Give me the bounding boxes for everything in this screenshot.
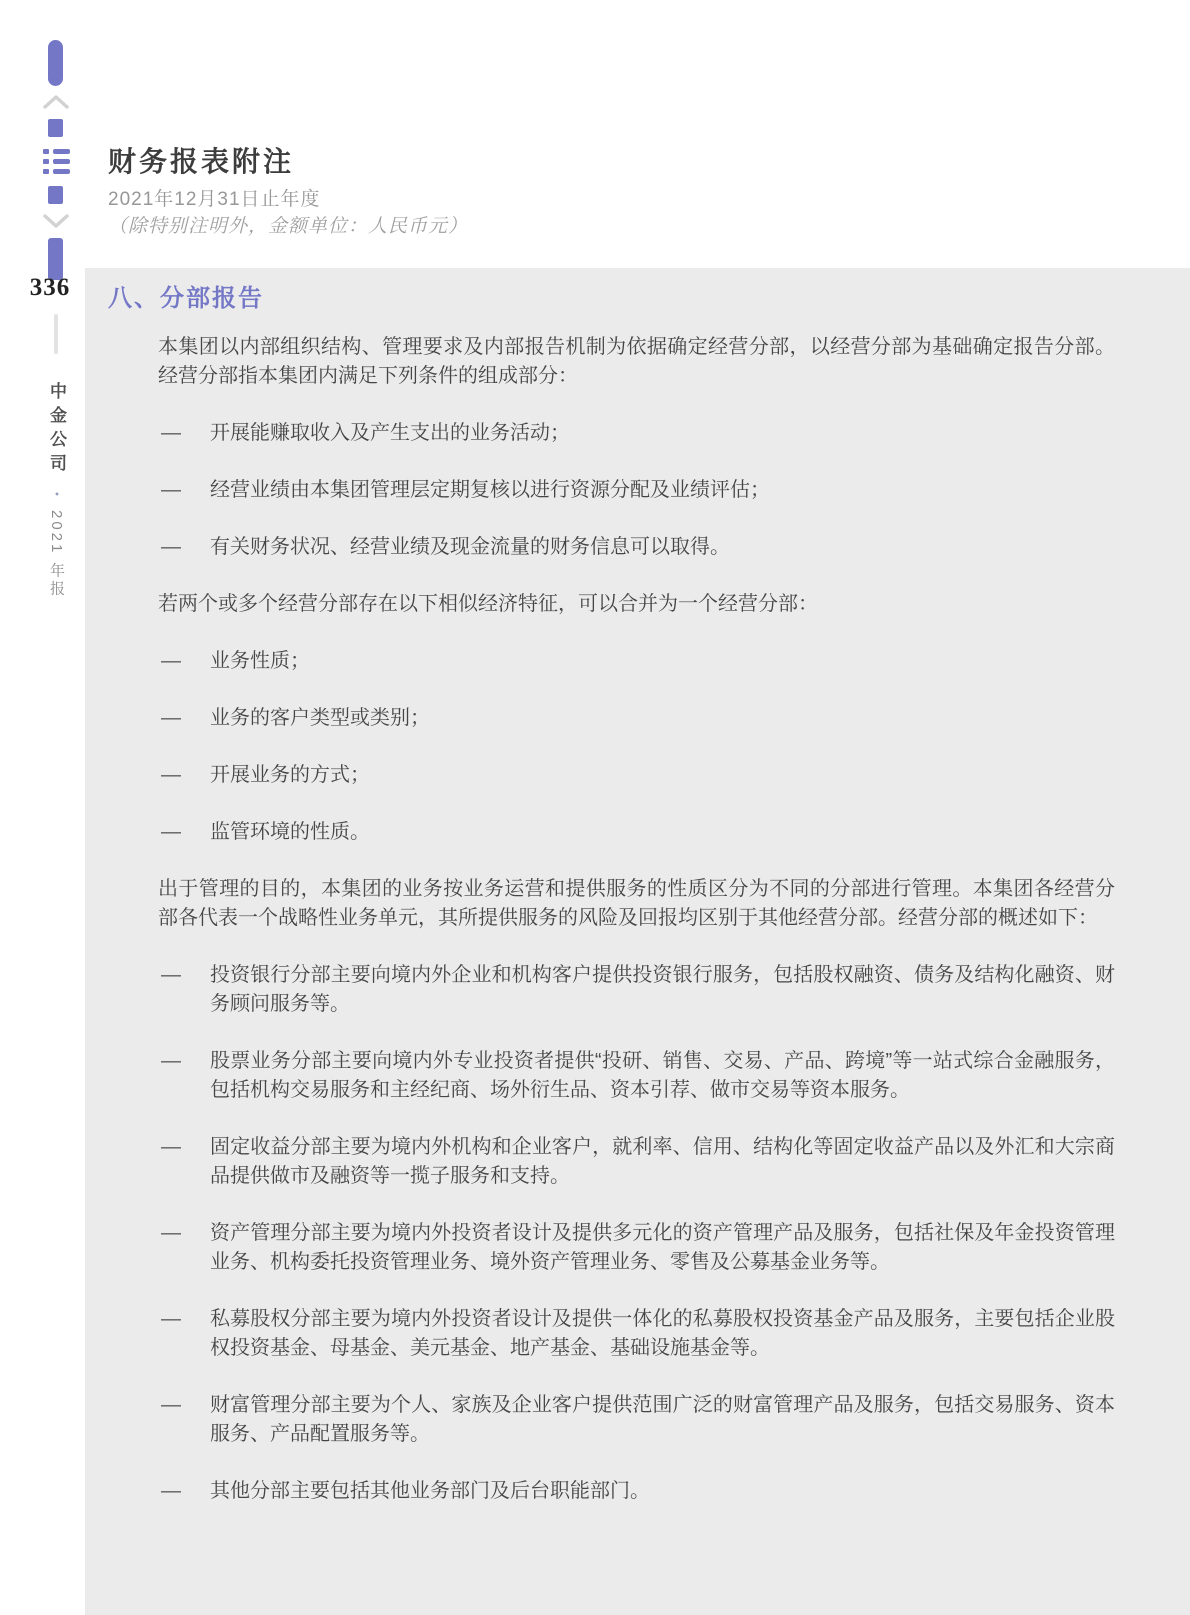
- bullet-marker: —: [161, 704, 181, 733]
- brand-name: 中金公司: [44, 382, 69, 478]
- bullet-item: — 股票业务分部主要向境内外专业投资者提供“投研、销售、交易、产品、跨境”等一站…: [158, 1047, 1115, 1105]
- bullet-item: — 业务的客户类型或类别；: [158, 704, 1115, 733]
- bullet-item: — 投资银行分部主要向境内外企业和机构客户提供投资银行服务，包括股权融资、债务及…: [158, 961, 1115, 1019]
- page-header: 财务报表附注 2021年12月31日止年度 （除特别注明外，金额单位：人民币元）: [108, 146, 468, 239]
- bullet-marker: —: [161, 1305, 181, 1334]
- bullet-text: 业务性质；: [210, 650, 310, 672]
- section-body: 本集团以内部组织结构、管理要求及内部报告机制为依据确定经营分部，以经营分部为基础…: [158, 333, 1115, 1506]
- paragraph: 出于管理的目的，本集团的业务按业务运营和提供服务的性质区分为不同的分部进行管理。…: [158, 875, 1115, 933]
- bullet-marker: —: [161, 533, 181, 562]
- bullet-item: — 有关财务状况、经营业绩及现金流量的财务信息可以取得。: [158, 533, 1115, 562]
- bullet-text: 资产管理分部主要为境内外投资者设计及提供多元化的资产管理产品及服务，包括社保及年…: [210, 1222, 1115, 1273]
- bullet-item: — 开展业务的方式；: [158, 761, 1115, 790]
- bullet-text: 固定收益分部主要为境内外机构和企业客户，就利率、信用、结构化等固定收益产品以及外…: [210, 1136, 1115, 1187]
- report-page: { "colors": { "accent": "#7377c6", "pane…: [0, 0, 1190, 1615]
- bullet-marker: —: [161, 1047, 181, 1076]
- left-rail: 336 中金公司 • 2021 年报: [0, 0, 85, 1615]
- list-icon: [43, 149, 70, 179]
- paragraph: 若两个或多个经营分部存在以下相似经济特征，可以合并为一个经营分部：: [158, 590, 1115, 619]
- chevron-up-icon: [42, 93, 70, 111]
- bullet-marker: —: [161, 1391, 181, 1420]
- list-icon-row: [43, 159, 70, 164]
- bullet-marker: —: [161, 647, 181, 676]
- bullet-marker: —: [161, 818, 181, 847]
- bullet-text: 开展能赚取收入及产生支出的业务活动；: [210, 422, 570, 444]
- list-icon-row: [43, 169, 70, 174]
- list-icon-row: [43, 149, 70, 154]
- report-period: 2021年12月31日止年度: [108, 188, 468, 212]
- bullet-item: — 其他分部主要包括其他业务部门及后台职能部门。: [158, 1477, 1115, 1506]
- bullet-text: 财富管理分部主要为个人、家族及企业客户提供范围广泛的财富管理产品及服务，包括交易…: [210, 1394, 1115, 1445]
- bullet-text: 投资银行分部主要向境内外企业和机构客户提供投资银行服务，包括股权融资、债务及结构…: [210, 964, 1115, 1015]
- bullet-text: 私募股权分部主要为境内外投资者设计及提供一体化的私募股权投资基金产品及服务，主要…: [210, 1308, 1115, 1359]
- bullet-text: 经营业绩由本集团管理层定期复核以进行资源分配及业绩评估；: [210, 479, 770, 501]
- bullet-item: — 固定收益分部主要为境内外机构和企业客户，就利率、信用、结构化等固定收益产品以…: [158, 1133, 1115, 1191]
- chevron-down-icon: [42, 212, 70, 230]
- bullet-item: — 私募股权分部主要为境内外投资者设计及提供一体化的私募股权投资基金产品及服务，…: [158, 1305, 1115, 1363]
- page-title: 财务报表附注: [108, 146, 468, 180]
- bullet-text: 开展业务的方式；: [210, 764, 370, 786]
- bullet-text: 股票业务分部主要向境内外专业投资者提供“投研、销售、交易、产品、跨境”等一站式综…: [210, 1050, 1115, 1101]
- content-panel: 八、分部报告 本集团以内部组织结构、管理要求及内部报告机制为依据确定经营分部，以…: [85, 268, 1190, 1615]
- bullet-item: — 经营业绩由本集团管理层定期复核以进行资源分配及业绩评估；: [158, 476, 1115, 505]
- bullet-item: — 开展能赚取收入及产生支出的业务活动；: [158, 419, 1115, 448]
- page-number-divider: [54, 314, 58, 354]
- brand-vertical-text: 中金公司 • 2021 年报: [44, 382, 69, 702]
- brand-separator-dot: •: [51, 492, 63, 496]
- bullet-item: — 业务性质；: [158, 647, 1115, 676]
- bullet-item: — 监管环境的性质。: [158, 818, 1115, 847]
- accent-bar-top: [48, 40, 63, 86]
- paragraph: 本集团以内部组织结构、管理要求及内部报告机制为依据确定经营分部，以经营分部为基础…: [158, 333, 1115, 391]
- accent-block-lower: [48, 186, 63, 204]
- bullet-text: 业务的客户类型或类别；: [210, 707, 430, 729]
- bullet-marker: —: [161, 419, 181, 448]
- accent-block-upper: [48, 119, 63, 137]
- bullet-text: 监管环境的性质。: [210, 821, 370, 843]
- bullet-marker: —: [161, 961, 181, 990]
- bullet-text: 有关财务状况、经营业绩及现金流量的财务信息可以取得。: [210, 536, 730, 558]
- bullet-text: 其他分部主要包括其他业务部门及后台职能部门。: [210, 1480, 650, 1502]
- bullet-item: — 资产管理分部主要为境内外投资者设计及提供多元化的资产管理产品及服务，包括社保…: [158, 1219, 1115, 1277]
- bullet-marker: —: [161, 1133, 181, 1162]
- bullet-item: — 财富管理分部主要为个人、家族及企业客户提供范围广泛的财富管理产品及服务，包括…: [158, 1391, 1115, 1449]
- bullet-marker: —: [161, 1477, 181, 1506]
- report-edition: 2021 年报: [46, 510, 67, 599]
- bullet-marker: —: [161, 761, 181, 790]
- currency-note: （除特别注明外，金额单位：人民币元）: [108, 215, 468, 239]
- bullet-marker: —: [161, 1219, 181, 1248]
- page-number: 336: [22, 274, 78, 302]
- bullet-marker: —: [161, 476, 181, 505]
- section-heading: 八、分部报告: [108, 284, 1190, 313]
